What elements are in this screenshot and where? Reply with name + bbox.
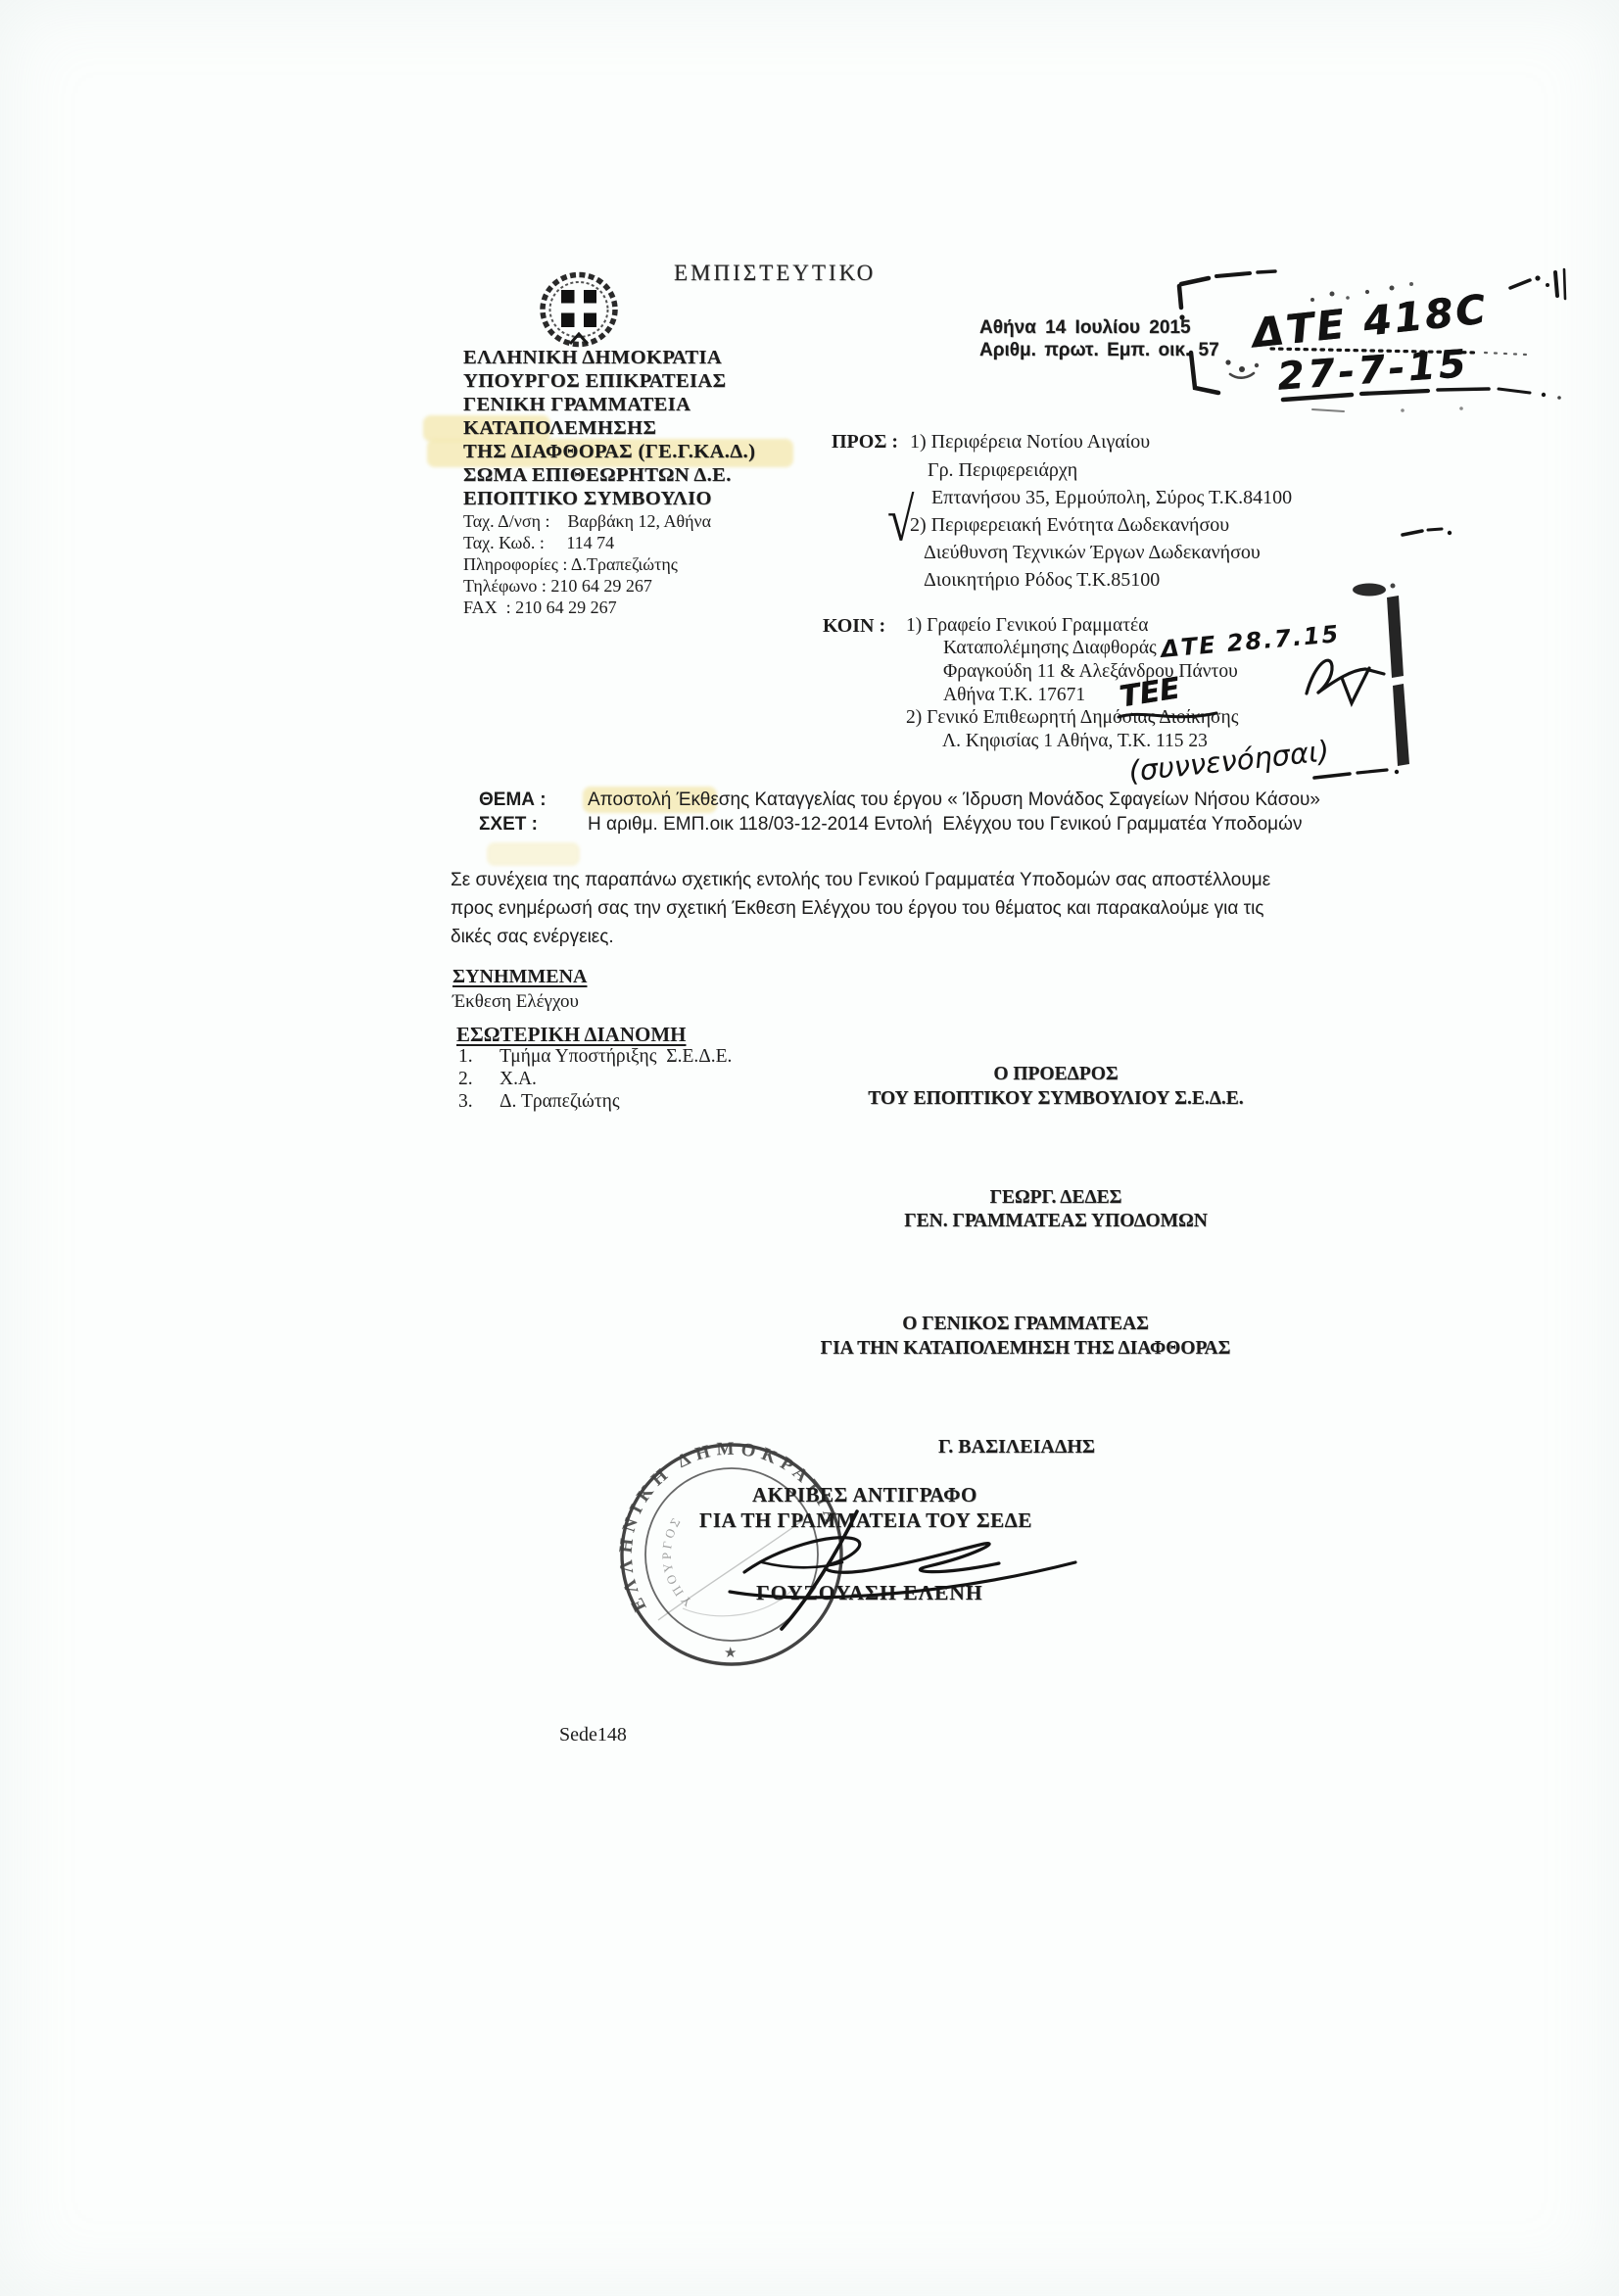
date-line: Αθήνα 14 Ιουλίου 2015 [979, 317, 1191, 339]
subject-text: Αποστολή Έκθεσης Καταγγελίας του έργου «… [588, 789, 1320, 811]
highlight-smudge [487, 842, 580, 866]
contact-address: Ταχ. Δ/νση : Βαρβάκη 12, Αθήνα [463, 511, 711, 533]
attachments-item: Έκθεση Ελέγχου [452, 991, 579, 1013]
contact-postcode: Ταχ. Κωδ. : 114 74 [463, 533, 614, 554]
internal-distribution-heading: ΕΣΩΤΕΡΙΚΗ ΔΙΑΝΟΜΗ [456, 1023, 687, 1047]
subject-label: ΘΕΜΑ : [479, 789, 547, 811]
cc-line: Αθήνα Τ.Κ. 17671 [943, 685, 1085, 706]
letterhead-line: ΕΛΛΗΝΙΚΗ ΔΗΜΟΚΡΑΤΙΑ [463, 347, 722, 369]
internal-item-number: 1. [458, 1046, 473, 1068]
footer-code: Sede148 [559, 1724, 627, 1746]
margin-ink-marks [1293, 517, 1499, 811]
internal-item-number: 2. [458, 1069, 473, 1090]
internal-item: Δ. Τραπεζιώτης [500, 1091, 620, 1113]
recipient-line: Γρ. Περιφερειάρχη [928, 456, 1077, 484]
reference-text: Η αριθμ. ΕΜΠ.οικ 118/03-12-2014 Εντολή Ε… [588, 814, 1302, 836]
handwritten-checkmark: √ [887, 484, 914, 555]
recipient-line: 1) Περιφέρεια Νοτίου Αιγαίου [910, 428, 1150, 455]
attachments-heading: ΣΥΝΗΜΜΕΝΑ [452, 966, 588, 988]
letterhead-line: ΓΕΝΙΚΗ ΓΡΑΜΜΑΤΕΙΑ [463, 394, 690, 416]
letterhead-line: ΣΩΜΑ ΕΠΙΘΕΩΡΗΤΩΝ Δ.Ε. [463, 464, 732, 487]
letterhead-line: ΥΠΟΥΡΓΟΣ ΕΠΙΚΡΑΤΕΙΑΣ [463, 370, 726, 393]
letterhead-line: ΕΠΟΠΤΙΚΟ ΣΥΜΒΟΥΛΙΟ [463, 488, 712, 510]
internal-item-number: 3. [458, 1091, 473, 1113]
contact-phone: Τηλέφωνο : 210 64 29 267 [463, 576, 652, 598]
contact-fax: FAX : 210 64 29 267 [463, 598, 617, 619]
recipient-line: Επτανήσου 35, Ερμούπολη, Σύρος Τ.Κ.84100 [931, 484, 1292, 511]
cc-line: Φραγκούδη 11 & Αλεξάνδρου Πάντου [943, 661, 1238, 683]
scanned-letter-page: ΕΜΠΙΣΤΕΥΤΙΚΟ ΕΛΛΗΝΙΚΗ ΔΗΜΟΚΡΑΤΙΑ ΥΠΟΥΡΓΟ… [0, 0, 1619, 2296]
tee-underline-stroke [1115, 707, 1222, 725]
cc-line: 1) Γραφείο Γενικού Γραμματέα [906, 615, 1148, 637]
internal-item: Τμήμα Υποστήριξης Σ.Ε.Δ.Ε. [500, 1046, 732, 1068]
recipients-label: ΠΡΟΣ : [832, 428, 898, 455]
classification-heading: ΕΜΠΙΣΤΕΥΤΙΚΟ [674, 261, 876, 286]
secretary-title-line2: ΓΙΑ ΤΗΝ ΚΑΤΑΠΟΛΕΜΗΣΗ ΤΗΣ ΔΙΑΦΘΟΡΑΣ [790, 1338, 1261, 1360]
cc-label: ΚΟΙΝ : [823, 615, 885, 638]
reference-label: ΣΧΕΤ : [479, 814, 538, 836]
president-name: ΓΕΩΡΓ. ΔΕΔΕΣ [821, 1187, 1291, 1209]
president-role: ΓΕΝ. ΓΡΑΜΜΑΤΕΑΣ ΥΠΟΔΟΜΩΝ [821, 1211, 1291, 1232]
cc-line: Λ. Κηφισίας 1 Αθήνα, Τ.Κ. 115 23 [942, 731, 1208, 752]
letterhead-line: ΤΗΣ ΔΙΑΦΘΟΡΑΣ (ΓΕ.Γ.ΚΑ.Δ.) [463, 441, 755, 463]
internal-item: Χ.Α. [500, 1069, 537, 1090]
cc-line: Καταπολέμησης Διαφθοράς [943, 638, 1157, 659]
seal-star-icon: ★ [724, 1646, 737, 1661]
recipient-line: Διεύθυνση Τεχνικών Έργων Δωδεκανήσου [924, 539, 1261, 566]
recipient-line: 2) Περιφερειακή Ενότητα Δωδεκανήσου [910, 511, 1229, 539]
registry-stamp: ΔΤΕ 418C 27-7-15 [1166, 255, 1619, 421]
recipient-line: Διοικητήριο Ρόδος Τ.Κ.85100 [924, 566, 1160, 594]
president-title-line2: ΤΟΥ ΕΠΟΠΤΙΚΟΥ ΣΥΜΒΟΥΛΙΟΥ Σ.Ε.Δ.Ε. [821, 1088, 1291, 1110]
body-paragraph: Σε συνέχεια της παραπάνω σχετικής εντολή… [451, 866, 1285, 951]
secretary-title: Ο ΓΕΝΙΚΟΣ ΓΡΑΜΜΑΤΕΑΣ [790, 1314, 1261, 1335]
handwritten-signature [676, 1504, 1097, 1636]
letterhead-line: ΚΑΤΑΠΟΛΕΜΗΣΗΣ [463, 417, 656, 440]
greek-national-emblem-icon [537, 270, 621, 349]
contact-info-person: Πληροφορίες : Δ.Τραπεζιώτης [463, 554, 678, 576]
president-title: Ο ΠΡΟΕΔΡΟΣ [821, 1064, 1291, 1085]
